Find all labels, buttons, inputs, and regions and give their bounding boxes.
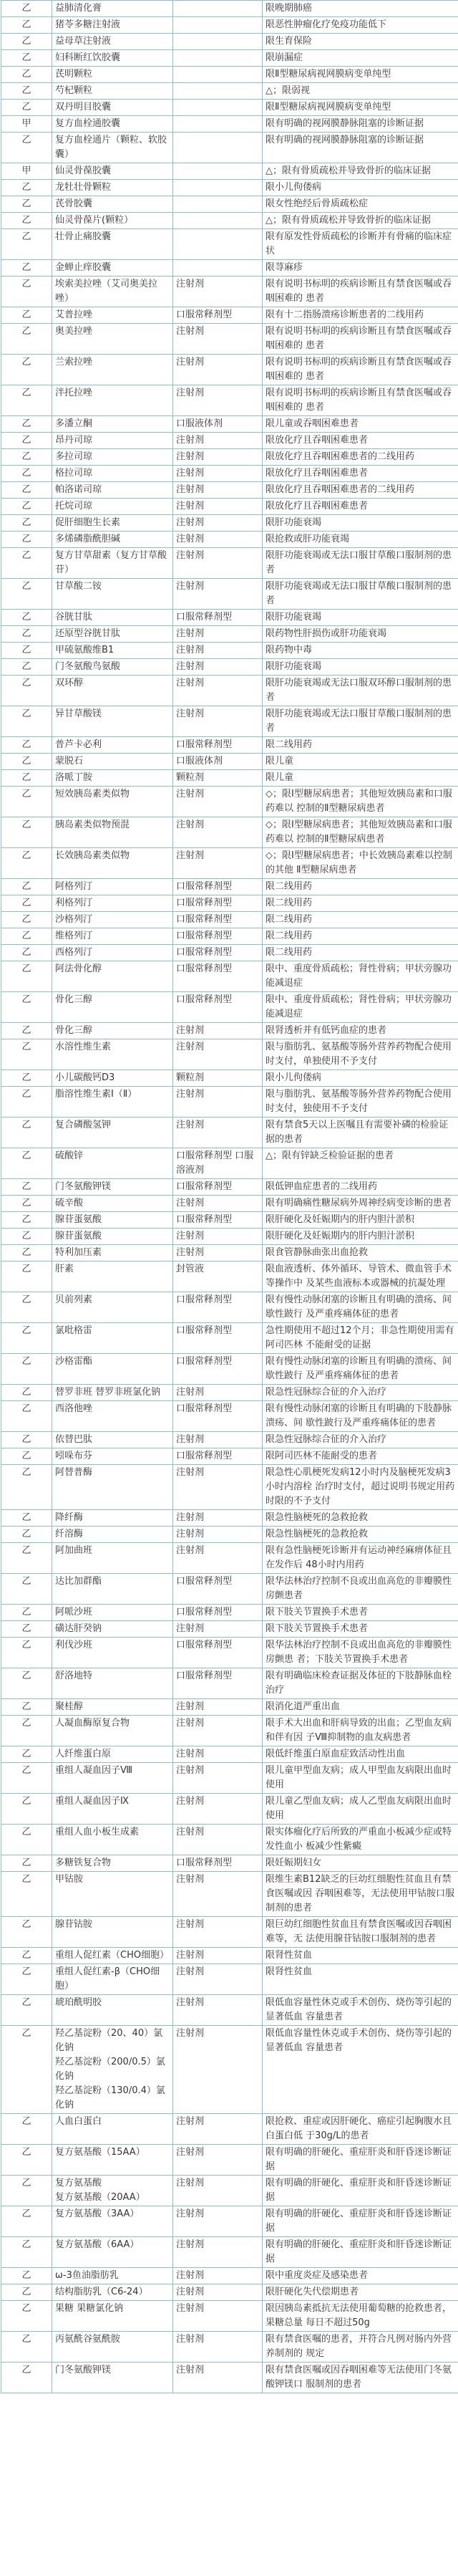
drug-name-cell: 阿哌沙班 — [52, 1605, 173, 1621]
table-row: 乙人血白蛋白注射剂限抢救、重症或因肝硬化、癌症引起胸腹水且白蛋白低 于30g/L… — [1, 2114, 458, 2145]
table-row: 乙阿格列汀口服常释剂型限二线用药 — [1, 879, 458, 895]
remark-cell: 限放化疗且吞咽困难患者 — [263, 499, 458, 515]
remark-cell: 限肝功能衰竭或无法口服双环醇口服制剂的患者 — [263, 676, 458, 706]
drug-name-cell: 龙牡壮骨颗粒 — [52, 180, 173, 196]
dosage-form-cell: 注射剂 — [173, 1039, 263, 1070]
dosage-form-cell: 注射剂 — [173, 1023, 263, 1039]
remark-cell: 限晚期肺癌 — [263, 1, 458, 17]
dosage-form-cell: 注射剂 — [173, 2332, 263, 2363]
remark-cell: 限急性冠脉综合征的介入治疗 — [263, 1385, 458, 1401]
dosage-form-cell: 注射剂 — [173, 466, 263, 482]
table-row: 乙还原型谷胱甘肽注射剂限药物性肝损伤或肝功能衰竭 — [1, 626, 458, 643]
remark-cell: 限小儿佝偻病 — [263, 1070, 458, 1087]
table-row: 乙硫辛酸注射剂限有明确痛性糖尿病外周神经病变诊断的患者 — [1, 1196, 458, 1212]
table-row: 乙妇科断红饮胶囊限崩漏症 — [1, 50, 458, 67]
dosage-form-cell: 注射剂 — [173, 1245, 263, 1261]
category-cell: 乙 — [1, 895, 52, 912]
remark-cell: 限儿童甲型血友病；成人甲型血友病限出血时使用 — [263, 1763, 458, 1794]
table-row: 乙门冬氨酸钾镁注射剂限有禁食医嘱或因吞咽困难等无法使用门冬氨酸钾镁口 服制剂的患… — [1, 2363, 458, 2393]
category-cell: 乙 — [1, 466, 52, 482]
remark-cell: 限阿司匹林不能耐受的患者 — [263, 1448, 458, 1465]
drug-name-cell: 芪明颗粒 — [52, 67, 173, 83]
drug-name-cell: 复方氨基酸（6AA） — [52, 2237, 173, 2268]
drug-name-cell: 依替巴肽 — [52, 1432, 173, 1448]
drug-name-cell: 异甘草酸镁 — [52, 706, 173, 737]
category-cell: 乙 — [1, 2026, 52, 2114]
remark-cell: 限放化疗且吞咽困难患者 — [263, 466, 458, 482]
dosage-form-cell: 注射剂 — [173, 1794, 263, 1825]
dosage-form-cell: 注射剂 — [173, 706, 263, 737]
remark-cell: 限食管静脉曲张出血抢救 — [263, 1245, 458, 1261]
category-cell: 乙 — [1, 1196, 52, 1212]
category-cell: 乙 — [1, 180, 52, 196]
dosage-form-cell: 口服常释剂型 — [173, 1292, 263, 1323]
remark-cell: 限女性绝经后骨质疏松症 — [263, 196, 458, 213]
table-row: 乙甘草酸二铵注射剂限肝功能衰竭或无法口服甘草酸口服制剂的患者 — [1, 579, 458, 610]
dosage-form-cell: 口服常释剂型 — [173, 610, 263, 626]
dosage-form-cell: 注射剂 — [173, 2206, 263, 2237]
dosage-form-cell: 注射剂 — [173, 1087, 263, 1118]
category-cell: 乙 — [1, 1574, 52, 1605]
dosage-form-cell: 注射剂 — [173, 1385, 263, 1401]
category-cell: 乙 — [1, 928, 52, 945]
drug-name-cell: 重组人促红素-β（CHO细胞） — [52, 1964, 173, 1995]
category-cell: 乙 — [1, 1948, 52, 1964]
table-row: 乙西洛他唑口服常释剂型限有慢性动脉闭塞的诊断且有明确的下肢静脉溃疡、间 歇性跛行… — [1, 1401, 458, 1432]
table-row: 乙纤溶酶注射剂限急性脑梗死的急救抢救 — [1, 1527, 458, 1543]
remark-cell: 限药物中毒 — [263, 643, 458, 659]
dosage-form-cell: 注射剂 — [173, 499, 263, 515]
remark-cell: △；限有骨质疏松并导致骨折的临床证据 — [263, 163, 458, 180]
drug-name-cell: 多烯磷脂酰胆碱 — [52, 532, 173, 548]
table-row: 乙猪苓多糖注射液限恶性肿瘤化疗免疫功能低下 — [1, 17, 458, 34]
table-row: 乙维格列汀口服常释剂型限二线用药 — [1, 928, 458, 945]
category-cell: 乙 — [1, 2237, 52, 2268]
remark-cell: 限儿童乙型血友病；成人乙型血友病限出血时使用 — [263, 1794, 458, 1825]
drug-name-cell: 阿法骨化醇 — [52, 961, 173, 992]
remark-cell: 限儿童 — [263, 770, 458, 787]
dosage-form-cell — [173, 1, 263, 17]
table-row: 乙脂溶性维生素Ⅰ（Ⅱ）注射剂限与脂肪乳、氨基酸等肠外营养药物配合使用时支付，独使… — [1, 1087, 458, 1118]
category-cell: 乙 — [1, 961, 52, 992]
dosage-form-cell: 注射剂 — [173, 1527, 263, 1543]
table-row: 乙腺苷蛋氨酸口服常释剂型限肝硬化及妊娠期内的肝内胆汁淤积 — [1, 1212, 458, 1229]
remark-cell: 限有急性脑梗死诊断并有运动神经麻痹体征且在发作后 48小时内用药 — [263, 1543, 458, 1574]
dosage-form-cell: 注射剂 — [173, 2026, 263, 2114]
category-cell: 乙 — [1, 1527, 52, 1543]
table-row: 乙龙牡壮骨颗粒限小儿佝偻病 — [1, 180, 458, 196]
category-cell: 乙 — [1, 2145, 52, 2176]
dosage-form-cell — [173, 180, 263, 196]
table-row: 乙西格列汀口服常释剂型限二线用药 — [1, 945, 458, 961]
dosage-form-cell: 注射剂 — [173, 548, 263, 579]
table-row: 乙降纤酶注射剂限急性脑梗死的急救抢救 — [1, 1510, 458, 1527]
dosage-form-cell: 口服常释剂型 — [173, 992, 263, 1023]
dosage-form-cell — [173, 213, 263, 229]
remark-cell: 限中、重度骨质疏松；肾性骨病；甲状旁腺功能减退症 — [263, 992, 458, 1023]
table-row: 乙洛哌丁胺颗粒剂限儿童 — [1, 770, 458, 787]
remark-cell: 限小儿佝偻病 — [263, 180, 458, 196]
dosage-form-cell: 注射剂 — [173, 277, 263, 307]
dosage-form-cell: 口服常释剂型 — [173, 1179, 263, 1196]
category-cell: 乙 — [1, 385, 52, 416]
table-row: 乙依替巴肽注射剂限急性冠脉综合征的介入治疗 — [1, 1432, 458, 1448]
drug-name-cell: 达比加群酯 — [52, 1574, 173, 1605]
drug-name-cell: 硫辛酸 — [52, 1196, 173, 1212]
remark-cell: 限放化疗且吞咽困难患者的二线用药 — [263, 449, 458, 466]
remark-cell: 限有明确的肝硬化、重症肝炎和肝昏迷诊断证据 — [263, 2206, 458, 2237]
category-cell: 乙 — [1, 532, 52, 548]
remark-cell: 限肝功能衰竭或无法口服甘草酸口服制剂的患者 — [263, 579, 458, 610]
dosage-form-cell: 注射剂 — [173, 2176, 263, 2206]
table-row: 乙琥珀酰明胶注射剂限低血容量性休克或手术创伤、烧伤等引起的显著低血 容量患者 — [1, 1995, 458, 2026]
table-row: 乙短效胰岛素类似物注射剂◇；限Ⅰ型糖尿病患者；其他短效胰岛素和口服药难以 控制的… — [1, 787, 458, 817]
category-cell: 乙 — [1, 2284, 52, 2301]
drug-name-cell: 双丹明目胶囊 — [52, 100, 173, 116]
dosage-form-cell: 口服常释剂型 — [173, 1354, 263, 1385]
dosage-form-cell: 注射剂 — [173, 532, 263, 548]
category-cell: 乙 — [1, 2206, 52, 2237]
table-row: 乙多糖铁复合物口服常释剂型限妊娠期妇女 — [1, 1855, 458, 1872]
drug-name-cell: 泮托拉唑 — [52, 385, 173, 416]
drug-name-cell: 复方血栓通胶囊 — [52, 116, 173, 133]
dosage-form-cell: 注射剂 — [173, 1118, 263, 1148]
table-row: 乙复方血栓通片（颗粒、软胶囊）限有明确的视网膜静脉阻塞的诊断证据 — [1, 133, 458, 163]
table-row: 乙多潘立酮口服液体剂限儿童或吞咽困难患者 — [1, 416, 458, 433]
dosage-form-cell: 注射剂 — [173, 1917, 263, 1948]
remark-cell: ◇；限Ⅰ型糖尿病患者；其他短效胰岛素和口服药难以 控制的Ⅱ型糖尿病患者 — [263, 817, 458, 848]
dosage-form-cell: 注射剂 — [173, 1543, 263, 1574]
table-row: 乙昂丹司琼注射剂限放化疗且吞咽困难患者 — [1, 433, 458, 449]
remark-cell: 限药物性肝损伤或肝功能衰竭 — [263, 626, 458, 643]
category-cell: 乙 — [1, 1179, 52, 1196]
drug-name-cell: 聚桂醇 — [52, 1699, 173, 1716]
drug-name-cell: 甲钴胺 — [52, 1872, 173, 1917]
drug-name-cell: 艾普拉唑 — [52, 307, 173, 324]
table-row: 乙复方氨基酸（15AA）注射剂限有明确的肝硬化、重症肝炎和肝昏迷诊断证据 — [1, 2145, 458, 2176]
drug-name-cell: 人凝血酶原复合物 — [52, 1716, 173, 1746]
remark-cell: 限肝硬化及妊娠期内的肝内胆汁淤积 — [263, 1212, 458, 1229]
dosage-form-cell — [173, 50, 263, 67]
table-row: 乙重组人促红素-β（CHO细胞）注射剂限肾性贫血 — [1, 1964, 458, 1995]
table-row: 乙阿法骨化醇口服常释剂型限中、重度骨质疏松；肾性骨病；甲状旁腺功能减退症 — [1, 961, 458, 992]
table-row: 乙吲哚布芬口服常释剂型限阿司匹林不能耐受的患者 — [1, 1448, 458, 1465]
drug-name-cell: 腺苷蛋氨酸 — [52, 1229, 173, 1245]
category-cell: 乙 — [1, 754, 52, 770]
remark-cell: 限巨幼红细胞性贫血且有禁食医嘱或因吞咽困难等，无 法使用腺苷钴胺口服制剂的患者 — [263, 1917, 458, 1948]
drug-name-cell: 复方甘草甜素（复方甘草酸苷） — [52, 548, 173, 579]
table-row: 乙肝素封管液限血液透析、体外循环、导管术、微血管手术等操作中 及某些血液标本或器… — [1, 1261, 458, 1292]
dosage-form-cell: 口服常释剂型 口服溶液剂 — [173, 1148, 263, 1179]
table-row: 乙ω-3鱼油脂肪乳注射剂限中重度炎症及感染患者 — [1, 2268, 458, 2284]
remark-cell: 限中重度炎症及感染患者 — [263, 2268, 458, 2284]
category-cell: 乙 — [1, 2268, 52, 2284]
category-cell: 乙 — [1, 737, 52, 754]
drug-name-cell: 维格列汀 — [52, 928, 173, 945]
category-cell: 乙 — [1, 912, 52, 928]
category-cell: 乙 — [1, 1825, 52, 1855]
remark-cell: 限妊娠期妇女 — [263, 1855, 458, 1872]
dosage-form-cell: 注射剂 — [173, 1229, 263, 1245]
drug-name-cell: 复方氨基酸（3AA） — [52, 2206, 173, 2237]
drug-name-cell: 甲硫氨酸维B1 — [52, 643, 173, 659]
dosage-form-cell: 注射剂 — [173, 355, 263, 385]
remark-cell: 限有禁食5天以上医嘱且有需要补磷的检验证据的患者 — [263, 1118, 458, 1148]
category-cell: 乙 — [1, 626, 52, 643]
table-row: 乙芪明颗粒限Ⅱ型糖尿病视网膜病变单纯型 — [1, 67, 458, 83]
table-row: 甲复方血栓通胶囊限有明确的视网膜静脉阻塞的诊断证据 — [1, 116, 458, 133]
category-cell: 乙 — [1, 643, 52, 659]
drug-name-cell: 琥珀酰明胶 — [52, 1995, 173, 2026]
remark-cell: 限维生素B12缺乏的巨幼红细胞性贫血且有禁食医嘱或因 吞咽困难等，无法使用甲钴胺… — [263, 1872, 458, 1917]
remark-cell: △；限有骨质疏松并导致骨折的临床证据 — [263, 213, 458, 229]
remark-cell: 限肝功能衰竭或无法口服甘草酸口服制剂的患者 — [263, 548, 458, 579]
dosage-form-cell: 口服常释剂型 — [173, 1638, 263, 1668]
category-cell: 乙 — [1, 1465, 52, 1510]
category-cell: 乙 — [1, 1023, 52, 1039]
category-cell: 乙 — [1, 817, 52, 848]
drug-name-cell: 芪骨胶囊 — [52, 196, 173, 213]
dosage-form-cell — [173, 83, 263, 100]
drug-name-cell: 吲哚布芬 — [52, 1448, 173, 1465]
dosage-form-cell: 注射剂 — [173, 626, 263, 643]
table-row: 乙重组人血小板生成素注射剂限实体瘤化疗后所致的严重血小板减少症或特发性血小 板减… — [1, 1825, 458, 1855]
remark-cell: 限二线用药 — [263, 737, 458, 754]
table-row: 乙复方甘草甜素（复方甘草酸苷）注射剂限肝功能衰竭或无法口服甘草酸口服制剂的患者 — [1, 548, 458, 579]
drug-name-cell: 门冬氨酸钾镁 — [52, 2363, 173, 2393]
drug-name-cell: ω-3鱼油脂肪乳 — [52, 2268, 173, 2284]
category-cell: 乙 — [1, 1763, 52, 1794]
remark-cell: 限有明确临床检查证据及体征的下肢静脉血栓治疗 — [263, 1668, 458, 1699]
category-cell: 乙 — [1, 1229, 52, 1245]
drug-name-cell: 磺达肝癸钠 — [52, 1621, 173, 1638]
category-cell: 乙 — [1, 1605, 52, 1621]
drug-name-cell: 利格列汀 — [52, 895, 173, 912]
dosage-form-cell — [173, 196, 263, 213]
table-row: 乙埃索美拉唑（艾司奥美拉唑）注射剂限有说明书标明的疾病诊断且有禁食医嘱或吞咽困难… — [1, 277, 458, 307]
table-row: 乙甲硫氨酸维B1注射剂限药物中毒 — [1, 643, 458, 659]
drug-restriction-table: 乙益肺清化膏限晚期肺癌乙猪苓多糖注射液限恶性肿瘤化疗免疫功能低下乙益母草注射液限… — [1, 0, 458, 2393]
drug-name-cell: 西洛他唑 — [52, 1401, 173, 1432]
table-row: 乙腺苷钴胺注射剂限巨幼红细胞性贫血且有禁食医嘱或因吞咽困难等，无 法使用腺苷钴胺… — [1, 1917, 458, 1948]
category-cell: 乙 — [1, 706, 52, 737]
category-cell: 乙 — [1, 1039, 52, 1070]
drug-name-cell: 托烷司琼 — [52, 499, 173, 515]
drug-name-cell: 肝素 — [52, 1261, 173, 1292]
drug-name-cell: 门冬氨酸鸟氨酸 — [52, 659, 173, 676]
remark-cell: 限与脂肪乳、氨基酸等肠外营养药物配合使用时支付，单独使用不予支付 — [263, 1039, 458, 1070]
drug-name-cell: 复方血栓通片（颗粒、软胶囊） — [52, 133, 173, 163]
dosage-form-cell: 注射剂 — [173, 2268, 263, 2284]
remark-cell: ◇；限Ⅰ型糖尿病患者；其他短效胰岛素和口服药难以 控制的Ⅱ型糖尿病患者 — [263, 787, 458, 817]
table-row: 乙利伐沙班口服常释剂型限华法林治疗控制不良或出血高危的非瓣膜性房颤患 者；下肢关… — [1, 1638, 458, 1668]
remark-cell: 限肾透析并有低钙血症的患者 — [263, 1023, 458, 1039]
drug-name-cell: 促肝细胞生长素 — [52, 515, 173, 532]
category-cell: 乙 — [1, 67, 52, 83]
drug-name-cell: 壮骨止痛胶囊 — [52, 229, 173, 260]
drug-catalog-page: 乙益肺清化膏限晚期肺癌乙猪苓多糖注射液限恶性肿瘤化疗免疫功能低下乙益母草注射液限… — [0, 0, 458, 2393]
table-row: 乙托烷司琼注射剂限放化疗且吞咽困难患者 — [1, 499, 458, 515]
table-row: 乙甲钴胺注射剂限维生素B12缺乏的巨幼红细胞性贫血且有禁食医嘱或因 吞咽困难等，… — [1, 1872, 458, 1917]
remark-cell: 限有十二指肠溃疡诊断患者的二线用药 — [263, 307, 458, 324]
remark-cell: 限有慢性动脉闭塞的诊断且有明确的下肢静脉溃疡、间 歇性跛行及严重疼痛体征的患者 — [263, 1401, 458, 1432]
table-row: 乙人凝血酶原复合物注射剂限手术大出血和肝病导致的出血；乙型血友病和伴有因 子Ⅷ抑… — [1, 1716, 458, 1746]
drug-name-cell: 仙灵骨葆胶囊 — [52, 163, 173, 180]
dosage-form-cell: 口服常释剂型 — [173, 879, 263, 895]
remark-cell: 限华法林治疗控制不良或出血高危的非瓣膜性房颤患者 — [263, 1574, 458, 1605]
remark-cell: 限低血容量性休克或手术创伤、烧伤等引起的显著低血 容量患者 — [263, 2026, 458, 2114]
remark-cell: 限有明确的视网膜静脉阻塞的诊断证据 — [263, 133, 458, 163]
drug-name-cell: 骨化三醇 — [52, 1023, 173, 1039]
category-cell: 乙 — [1, 848, 52, 879]
table-row: 乙促肝细胞生长素注射剂限肝功能衰竭 — [1, 515, 458, 532]
drug-name-cell: 重组人凝血因子Ⅸ — [52, 1794, 173, 1825]
category-cell: 乙 — [1, 1699, 52, 1716]
table-row: 乙阿哌沙班口服常释剂型限下肢关节置换手术患者 — [1, 1605, 458, 1621]
category-cell: 乙 — [1, 17, 52, 34]
remark-cell: 限下肢关节置换手术患者 — [263, 1605, 458, 1621]
drug-name-cell: 益母草注射液 — [52, 34, 173, 50]
category-cell: 乙 — [1, 1716, 52, 1746]
drug-name-cell: 还原型谷胱甘肽 — [52, 626, 173, 643]
category-cell: 乙 — [1, 1087, 52, 1118]
category-cell: 乙 — [1, 83, 52, 100]
dosage-form-cell: 注射剂 — [173, 2301, 263, 2332]
drug-name-cell: 谷胱甘肽 — [52, 610, 173, 626]
category-cell: 乙 — [1, 1543, 52, 1574]
drug-name-cell: 芍杞颗粒 — [52, 83, 173, 100]
dosage-form-cell: 口服常释剂型 — [173, 1668, 263, 1699]
drug-name-cell: 昂丹司琼 — [52, 433, 173, 449]
table-row: 乙丙氨酰谷氨酰胺注射剂限有禁食医嘱的患者，并符合凡例对肠内外营养制剂的 规定 — [1, 2332, 458, 2363]
remark-cell: 限肝硬化失代偿期患者 — [263, 2284, 458, 2301]
dosage-form-cell: 注射剂 — [173, 385, 263, 416]
table-row: 乙复方氨基酸（6AA）注射剂限有明确的肝硬化、重症肝炎和肝昏迷诊断证据 — [1, 2237, 458, 2268]
table-row: 乙利格列汀口服常释剂型限二线用药 — [1, 895, 458, 912]
remark-cell: 限肾性贫血 — [263, 1948, 458, 1964]
remark-cell: 限中、重度骨质疏松；肾性骨病；甲状旁腺功能减退症 — [263, 961, 458, 992]
remark-cell: 限因胰岛素抵抗无法使用葡萄糖的抢救患者，果糖总量 每日不超过50g — [263, 2301, 458, 2332]
dosage-form-cell: 注射剂 — [173, 1872, 263, 1917]
drug-name-cell: 小儿碳酸钙D3 — [52, 1070, 173, 1087]
category-cell: 乙 — [1, 659, 52, 676]
dosage-form-cell: 注射剂 — [173, 1964, 263, 1995]
drug-name-cell: 丙氨酰谷氨酰胺 — [52, 2332, 173, 2363]
drug-name-cell: 沙格雷酯 — [52, 1354, 173, 1385]
remark-cell: 限放化疗且吞咽困难患者 — [263, 433, 458, 449]
remark-cell: 限有明确的肝硬化、重症肝炎和肝昏迷诊断证据 — [263, 2145, 458, 2176]
category-cell: 乙 — [1, 1118, 52, 1148]
drug-name-cell: 果糖 果糖氯化钠 — [52, 2301, 173, 2332]
drug-name-cell: 腺苷钴胺 — [52, 1917, 173, 1948]
table-row: 乙壮骨止痛胶囊限有原发性骨质疏松的诊断并有骨痛的临床症状 — [1, 229, 458, 260]
category-cell: 乙 — [1, 1070, 52, 1087]
remark-cell: 限肝功能衰竭 — [263, 515, 458, 532]
category-cell: 乙 — [1, 1746, 52, 1763]
remark-cell: 限华法林治疗控制不良或出血高危的非瓣膜性房颤患 者；下肢关节置换手术患者 — [263, 1638, 458, 1668]
category-cell: 乙 — [1, 260, 52, 277]
table-row: 乙仙灵骨葆片(颗粒）△；限有骨质疏松并导致骨折的临床证据 — [1, 213, 458, 229]
category-cell: 乙 — [1, 1432, 52, 1448]
remark-cell: 急性期使用不超过12个月；非急性期使用需有阿司匹林 不能耐受的证据 — [263, 1323, 458, 1354]
remark-cell: 限有明确的视网膜静脉阻塞的诊断证据 — [263, 116, 458, 133]
drug-name-cell: 替罗非班 替罗非班氯化钠 — [52, 1385, 173, 1401]
table-row: 乙硫酸锌口服常释剂型 口服溶液剂△；限有锌缺乏检验证据的患者 — [1, 1148, 458, 1179]
drug-name-cell: 兰索拉唑 — [52, 355, 173, 385]
dosage-form-cell: 注射剂 — [173, 1716, 263, 1746]
remark-cell: 限儿童或吞咽困难患者 — [263, 416, 458, 433]
table-row: 乙胰岛素类似物预混注射剂◇；限Ⅰ型糖尿病患者；其他短效胰岛素和口服药难以 控制的… — [1, 817, 458, 848]
dosage-form-cell: 注射剂 — [173, 848, 263, 879]
remark-cell: 限下肢关节置换手术患者 — [263, 1621, 458, 1638]
remark-cell: 限肝硬化及妊娠期内的肝内胆汁淤积 — [263, 1229, 458, 1245]
category-cell: 乙 — [1, 1794, 52, 1825]
dosage-form-cell — [173, 260, 263, 277]
remark-cell: 限生育保险 — [263, 34, 458, 50]
table-row: 乙复合磷酸氢钾注射剂限有禁食5天以上医嘱且有需要补磷的检验证据的患者 — [1, 1118, 458, 1148]
table-row: 乙骨化三醇注射剂限肾透析并有低钙血症的患者 — [1, 1023, 458, 1039]
table-row: 乙腺苷蛋氨酸注射剂限肝硬化及妊娠期内的肝内胆汁淤积 — [1, 1229, 458, 1245]
remark-cell: 限抢救或肝功能衰竭 — [263, 532, 458, 548]
category-cell: 乙 — [1, 1872, 52, 1917]
dosage-form-cell: 注射剂 — [173, 1465, 263, 1510]
dosage-form-cell: 注射剂 — [173, 2114, 263, 2145]
drug-name-cell: 腺苷蛋氨酸 — [52, 1212, 173, 1229]
remark-cell: 限抢救、重症或因肝硬化、癌症引起胸腹水且白蛋白低 于30g/L的患者 — [263, 2114, 458, 2145]
table-row: 乙奥美拉唑注射剂限有说明书标明的疾病诊断且有禁食医嘱或吞咽困难的 患者 — [1, 324, 458, 355]
category-cell: 乙 — [1, 324, 52, 355]
dosage-form-cell: 颗粒剂 — [173, 1070, 263, 1087]
table-row: 乙多拉司琼注射剂限放化疗且吞咽困难患者的二线用药 — [1, 449, 458, 466]
drug-name-cell: 复方氨基酸 复方氨基酸（20AA） — [52, 2176, 173, 2206]
drug-name-cell: 奥美拉唑 — [52, 324, 173, 355]
category-cell: 乙 — [1, 133, 52, 163]
category-cell: 乙 — [1, 610, 52, 626]
table-row: 乙小儿碳酸钙D3颗粒剂限小儿佝偻病 — [1, 1070, 458, 1087]
category-cell: 乙 — [1, 2332, 52, 2363]
drug-name-cell: 蒙脱石 — [52, 754, 173, 770]
dosage-form-cell: 口服常释剂型 — [173, 1574, 263, 1605]
remark-cell: 限有说明书标明的疾病诊断且有禁食医嘱或吞咽困难的 患者 — [263, 355, 458, 385]
category-cell: 乙 — [1, 1668, 52, 1699]
drug-table-body: 乙益肺清化膏限晚期肺癌乙猪苓多糖注射液限恶性肿瘤化疗免疫功能低下乙益母草注射液限… — [1, 1, 458, 2393]
table-row: 乙复方氨基酸 复方氨基酸（20AA）注射剂限有明确的肝硬化、重症肝炎和肝昏迷诊断… — [1, 2176, 458, 2206]
dosage-form-cell: 注射剂 — [173, 1763, 263, 1794]
remark-cell: 限二线用药 — [263, 945, 458, 961]
drug-name-cell: 仙灵骨葆片(颗粒） — [52, 213, 173, 229]
drug-name-cell: 阿替普酶 — [52, 1465, 173, 1510]
drug-name-cell: 阿加曲班 — [52, 1543, 173, 1574]
dosage-form-cell: 注射剂 — [173, 1432, 263, 1448]
table-row: 乙羟乙基淀粉（20、40）氯化钠 羟乙基淀粉（200/0.5）氯化钠 羟乙基淀粉… — [1, 2026, 458, 2114]
category-cell: 乙 — [1, 676, 52, 706]
dosage-form-cell: 口服常释剂型 — [173, 1448, 263, 1465]
drug-name-cell: 金蝉止痒胶囊 — [52, 260, 173, 277]
remark-cell: 限肝功能衰竭或无法口服甘草酸口服制剂的患者 — [263, 706, 458, 737]
remark-cell: 限有明确的肝硬化、重症肝炎和肝昏迷诊断证据 — [263, 2176, 458, 2206]
table-row: 乙金蝉止痒胶囊限荨麻疹 — [1, 260, 458, 277]
dosage-form-cell: 口服液体剂 — [173, 754, 263, 770]
category-cell: 乙 — [1, 449, 52, 466]
dosage-form-cell: 注射剂 — [173, 787, 263, 817]
category-cell: 乙 — [1, 1917, 52, 1948]
dosage-form-cell: 口服常释剂型 — [173, 307, 263, 324]
category-cell: 乙 — [1, 1148, 52, 1179]
drug-name-cell: 降纤酶 — [52, 1510, 173, 1527]
table-row: 乙贝前列素口服常释剂型限有慢性动脉闭塞的诊断且有明确的溃疡、间歇性跛行 及严重疼… — [1, 1292, 458, 1323]
category-cell: 乙 — [1, 34, 52, 50]
category-cell: 乙 — [1, 1964, 52, 1995]
